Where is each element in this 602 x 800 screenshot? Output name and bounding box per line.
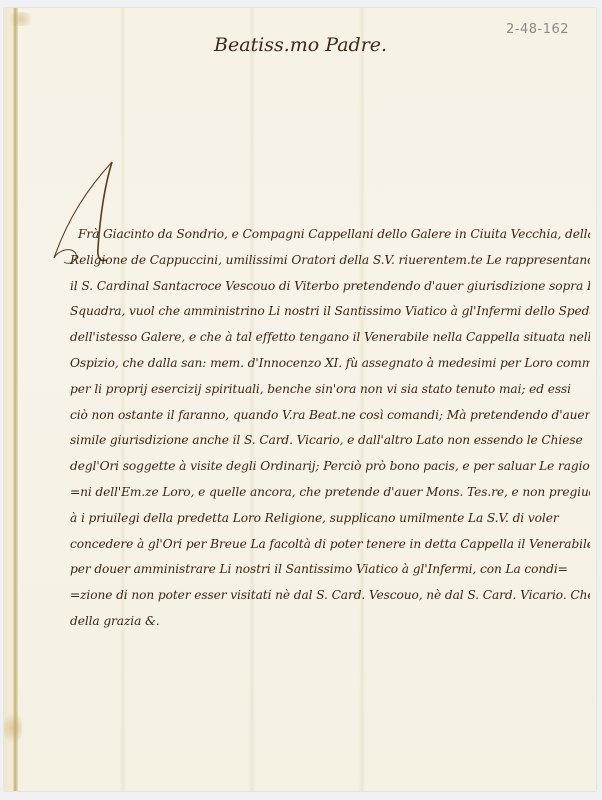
text-line: ciò non ostante il faranno, quando V.ra … <box>70 403 590 429</box>
paper-stain <box>6 12 36 26</box>
text-line: per douer amministrare Li nostri il Sant… <box>70 557 590 583</box>
manuscript-page: 2-48-162 Beatiss.mo Padre. Frà Giacinto … <box>4 8 596 791</box>
text-line: Squadra, vuol che amministrino Li nostri… <box>70 299 590 325</box>
petition-body: Frà Giacinto da Sondrio, e Compagni Capp… <box>70 222 590 635</box>
archive-number: 2-48-162 <box>506 22 569 37</box>
text-line: Ospizio, che dalla san: mem. d'Innocenzo… <box>70 351 590 377</box>
salutation-heading: Beatiss.mo Padre. <box>214 34 387 56</box>
text-line: à i priuilegi della predetta Loro Religi… <box>70 506 590 532</box>
paper-stain <box>4 708 22 748</box>
text-line: concedere à gl'Ori per Breue La facoltà … <box>70 532 590 558</box>
text-line: Religione de Cappuccini, umilissimi Orat… <box>70 248 590 274</box>
binding-edge <box>4 8 18 791</box>
text-line: dell'istesso Galere, e che à tal effetto… <box>70 325 590 351</box>
text-line: degl'Ori soggette à visite degli Ordinar… <box>70 454 590 480</box>
text-line: per li proprij esercizij spirituali, ben… <box>70 377 590 403</box>
text-line: simile giurisdizione anche il S. Card. V… <box>70 428 590 454</box>
text-line: il S. Cardinal Santacroce Vescouo di Vit… <box>70 274 590 300</box>
text-line: =ni dell'Em.ze Loro, e quelle ancora, ch… <box>70 480 590 506</box>
text-line: =zione di non poter esser visitati nè da… <box>70 583 590 609</box>
manuscript-scan: 2-48-162 Beatiss.mo Padre. Frà Giacinto … <box>0 0 602 800</box>
text-line: della grazia &. <box>70 609 590 635</box>
text-line: Frà Giacinto da Sondrio, e Compagni Capp… <box>70 222 590 248</box>
